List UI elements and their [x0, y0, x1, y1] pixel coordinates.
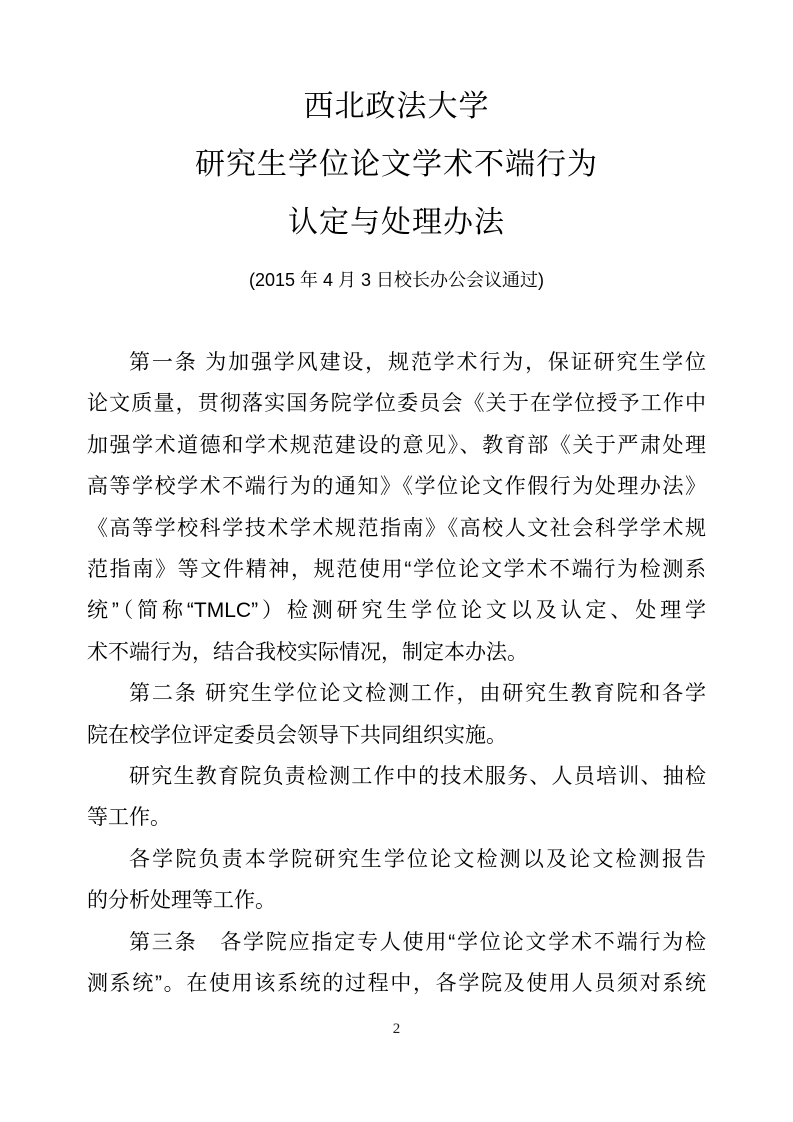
- body-line: 论文质量，贯彻落实国务院学位委员会《关于在学位授予工作中: [87, 383, 706, 424]
- body-line: 高等学校学术不端行为的通知》《学位论文作假行为处理办法》: [87, 466, 706, 507]
- body-line: 院在校学位评定委员会领导下共同组织实施。: [87, 715, 706, 756]
- body-line: 术不端行为，结合我校实际情况，制定本办法。: [87, 632, 706, 673]
- body-line: 各学院负责本学院研究生学位论文检测以及论文检测报告: [87, 839, 706, 880]
- document-body: 第一条 为加强学风建设，规范学术行为，保证研究生学位 论文质量，贯彻落实国务院学…: [87, 342, 706, 1005]
- body-line: 范指南》等文件精神，规范使用“学位论文学术不端行为检测系: [87, 549, 706, 590]
- document-title-line: 研究生学位论文学术不端行为: [87, 136, 706, 194]
- body-line: 的分析处理等工作。: [87, 880, 706, 921]
- body-line: 《高等学校科学技术学术规范指南》《高校人文社会科学学术规: [87, 508, 706, 549]
- body-line: 第二条 研究生学位论文检测工作，由研究生教育院和各学: [87, 673, 706, 714]
- document-title: 西北政法大学 研究生学位论文学术不端行为 认定与处理办法: [87, 78, 706, 252]
- document-title-line: 认定与处理办法: [87, 194, 706, 252]
- body-line: 第一条 为加强学风建设，规范学术行为，保证研究生学位: [87, 342, 706, 383]
- body-line: 研究生教育院负责检测工作中的技术服务、人员培训、抽检: [87, 756, 706, 797]
- document-page: 西北政法大学 研究生学位论文学术不端行为 认定与处理办法 (2015 年 4 月…: [0, 0, 793, 1122]
- approval-note: (2015 年 4 月 3 日校长办公会议通过): [87, 266, 706, 294]
- body-line: 等工作。: [87, 797, 706, 838]
- body-line: 加强学术道德和学术规范建设的意见》、教育部《关于严肃处理: [87, 425, 706, 466]
- body-line: 第三条 各学院应指定专人使用“学位论文学术不端行为检: [87, 922, 706, 963]
- body-line: 测系统”。在使用该系统的过程中，各学院及使用人员须对系统: [87, 963, 706, 1004]
- page-number: 2: [87, 1019, 706, 1039]
- document-title-line: 西北政法大学: [87, 78, 706, 136]
- body-line: 统”（简称“TMLC”）检测研究生学位论文以及认定、处理学: [87, 590, 706, 631]
